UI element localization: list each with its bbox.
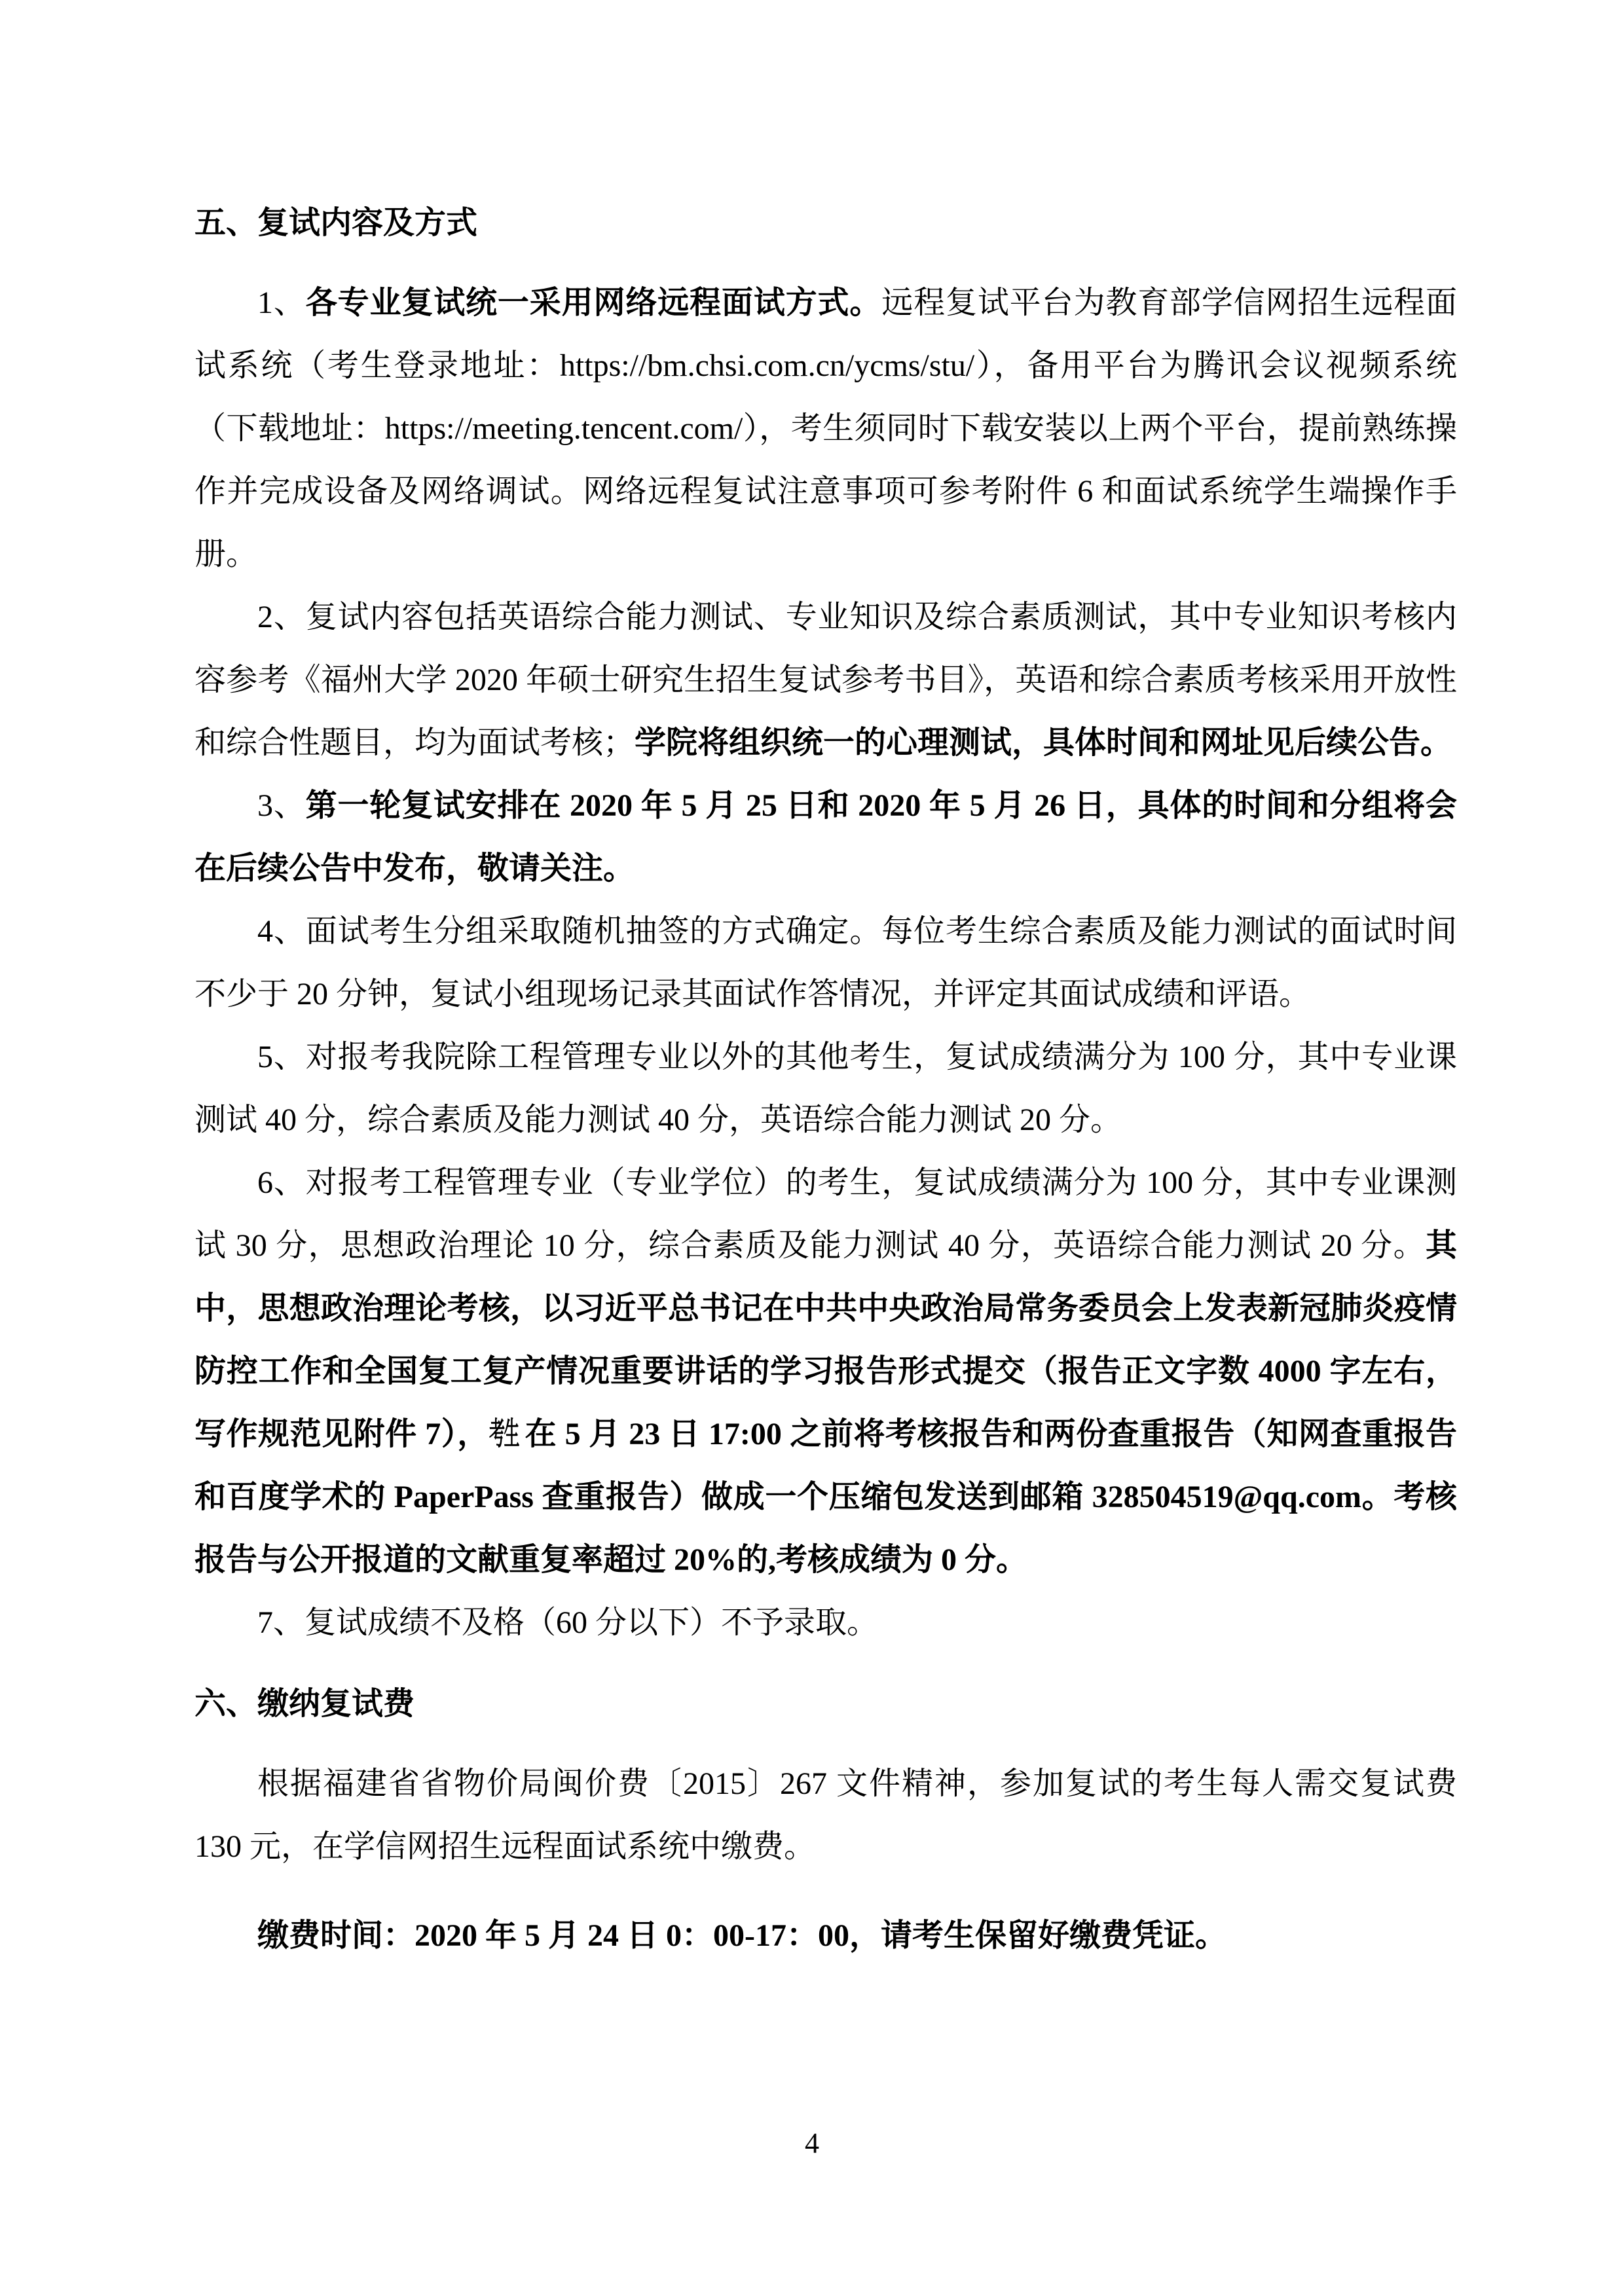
bold-text: 各专业复试统一采用网络远程面试方式。: [306, 285, 882, 320]
body-text: 远程复试平台为教育部学信网招生远程面试系统（考生登录地址：https://bm.…: [194, 285, 1457, 572]
paragraph: 7、复试成绩不及格（60 分以下）不予录取。: [194, 1592, 1457, 1654]
paragraph: 缴费时间：2020 年 5 月 24 日 0：00-17：00，请考生保留好缴费…: [194, 1904, 1457, 1967]
body-text: 5、对报考我院除工程管理专业以外的其他考生，复试成绩满分为 100 分，其中专业…: [194, 1040, 1457, 1137]
bold-text: 六、缴纳复试费: [194, 1686, 415, 1721]
bold-text: 五、复试内容及方式: [194, 206, 477, 240]
paragraph: 6、对报考工程管理专业（专业学位）的考生，复试成绩满分为 100 分，其中专业课…: [194, 1152, 1457, 1592]
body-text: 3、: [257, 788, 306, 823]
paragraph: 5、对报考我院除工程管理专业以外的其他考生，复试成绩满分为 100 分，其中专业…: [194, 1026, 1457, 1152]
section-heading: 五、复试内容及方式: [194, 192, 1457, 255]
document-page: 五、复试内容及方式1、各专业复试统一采用网络远程面试方式。远程复试平台为教育部学…: [0, 0, 1624, 2296]
body-text: 1、: [257, 285, 306, 320]
body-text: 6、对报考工程管理专业（专业学位）的考生，复试成绩满分为 100 分，其中专业课…: [194, 1165, 1457, 1263]
bold-text: 学院将组织统一的心理测试，具体时间和网址见后续公告。: [635, 725, 1452, 760]
section-heading: 六、缴纳复试费: [194, 1673, 1457, 1736]
paragraph: 2、复试内容包括英语综合能力测试、专业知识及综合素质测试，其中专业知识考核内容参…: [194, 586, 1457, 774]
paragraph: 1、各专业复试统一采用网络远程面试方式。远程复试平台为教育部学信网招生远程面试系…: [194, 272, 1457, 586]
paragraph: 3、第一轮复试安排在 2020 年 5 月 25 日和 2020 年 5 月 2…: [194, 774, 1457, 900]
body-text: 根据福建省省物价局闽价费〔2015〕267 文件精神，参加复试的考生每人需交复试…: [194, 1766, 1457, 1864]
body-text: 4、面试考生分组采取随机抽签的方式确定。每位考生综合素质及能力测试的面试时间不少…: [194, 914, 1457, 1011]
bold-text: 缴费时间：2020 年 5 月 24 日 0：00-17：00，请考生保留好缴费…: [257, 1918, 1227, 1953]
paragraph: 根据福建省省物价局闽价费〔2015〕267 文件精神，参加复试的考生每人需交复试…: [194, 1753, 1457, 1878]
body-text: 7、复试成绩不及格（60 分以下）不予录取。: [257, 1605, 878, 1640]
paragraph: 4、面试考生分组采取随机抽签的方式确定。每位考生综合素质及能力测试的面试时间不少…: [194, 900, 1457, 1026]
page-number: 4: [0, 2129, 1624, 2158]
bold-text: 第一轮复试安排在 2020 年 5 月 25 日和 2020 年 5 月 26 …: [194, 788, 1457, 886]
document-body: 五、复试内容及方式1、各专业复试统一采用网络远程面试方式。远程复试平台为教育部学…: [194, 192, 1457, 1967]
condensed-text: 考生: [489, 1403, 519, 1466]
